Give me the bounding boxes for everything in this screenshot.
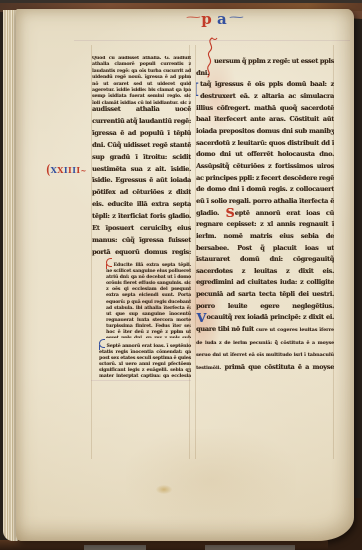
gloss-commentary-block-red: Educite illā extra septa tēpli. ne scili… [106, 258, 191, 338]
drop-cap-itaque: I [196, 80, 198, 102]
left-column-bible-text: audisset athalia uocē currentiū atq̃ lau… [92, 104, 191, 259]
red-paraph-icon [106, 258, 112, 267]
initial-septem: S [225, 205, 235, 220]
book-binding-bottom-edge [0, 540, 362, 550]
gloss-text: Septē annorū erat ioas. ī septēnio etati… [99, 344, 191, 379]
body-text: eptē annorū erat ioas cū regnare cepisse… [196, 209, 334, 310]
manuscript-photograph: ~ p a ~ (XXIIII~ Quod cū audisset athali… [0, 0, 362, 550]
gloss-commentary-top: Quod cū audisset athalia. G. audiuit ath… [92, 56, 191, 104]
table-edge-highlight [205, 545, 295, 550]
lead-line: uersum q̃ pplm z regē: ut esset ppls dni… [196, 56, 334, 79]
gloss-text: Educite illā extra septa tēpli. ne scili… [106, 263, 191, 338]
gloss-commentary-block-blue: Septē annorū erat ioas. ī septēnio etati… [99, 339, 191, 379]
table-edge-highlight [84, 545, 146, 550]
blue-paraph-icon [99, 339, 105, 348]
body-text: taq̃ īgressus ē oīs ppls domū baal: z de… [196, 80, 334, 216]
initial-vocauit: V [196, 310, 206, 325]
text-area: Quod cū audisset athalia. G. audiuit ath… [16, 9, 354, 541]
right-column-bible-text: uersum q̃ pplm z regē: ut esset ppls dni… [196, 56, 334, 372]
parchment-page: ~ p a ~ (XXIIII~ Quod cū audisset athali… [16, 9, 354, 541]
